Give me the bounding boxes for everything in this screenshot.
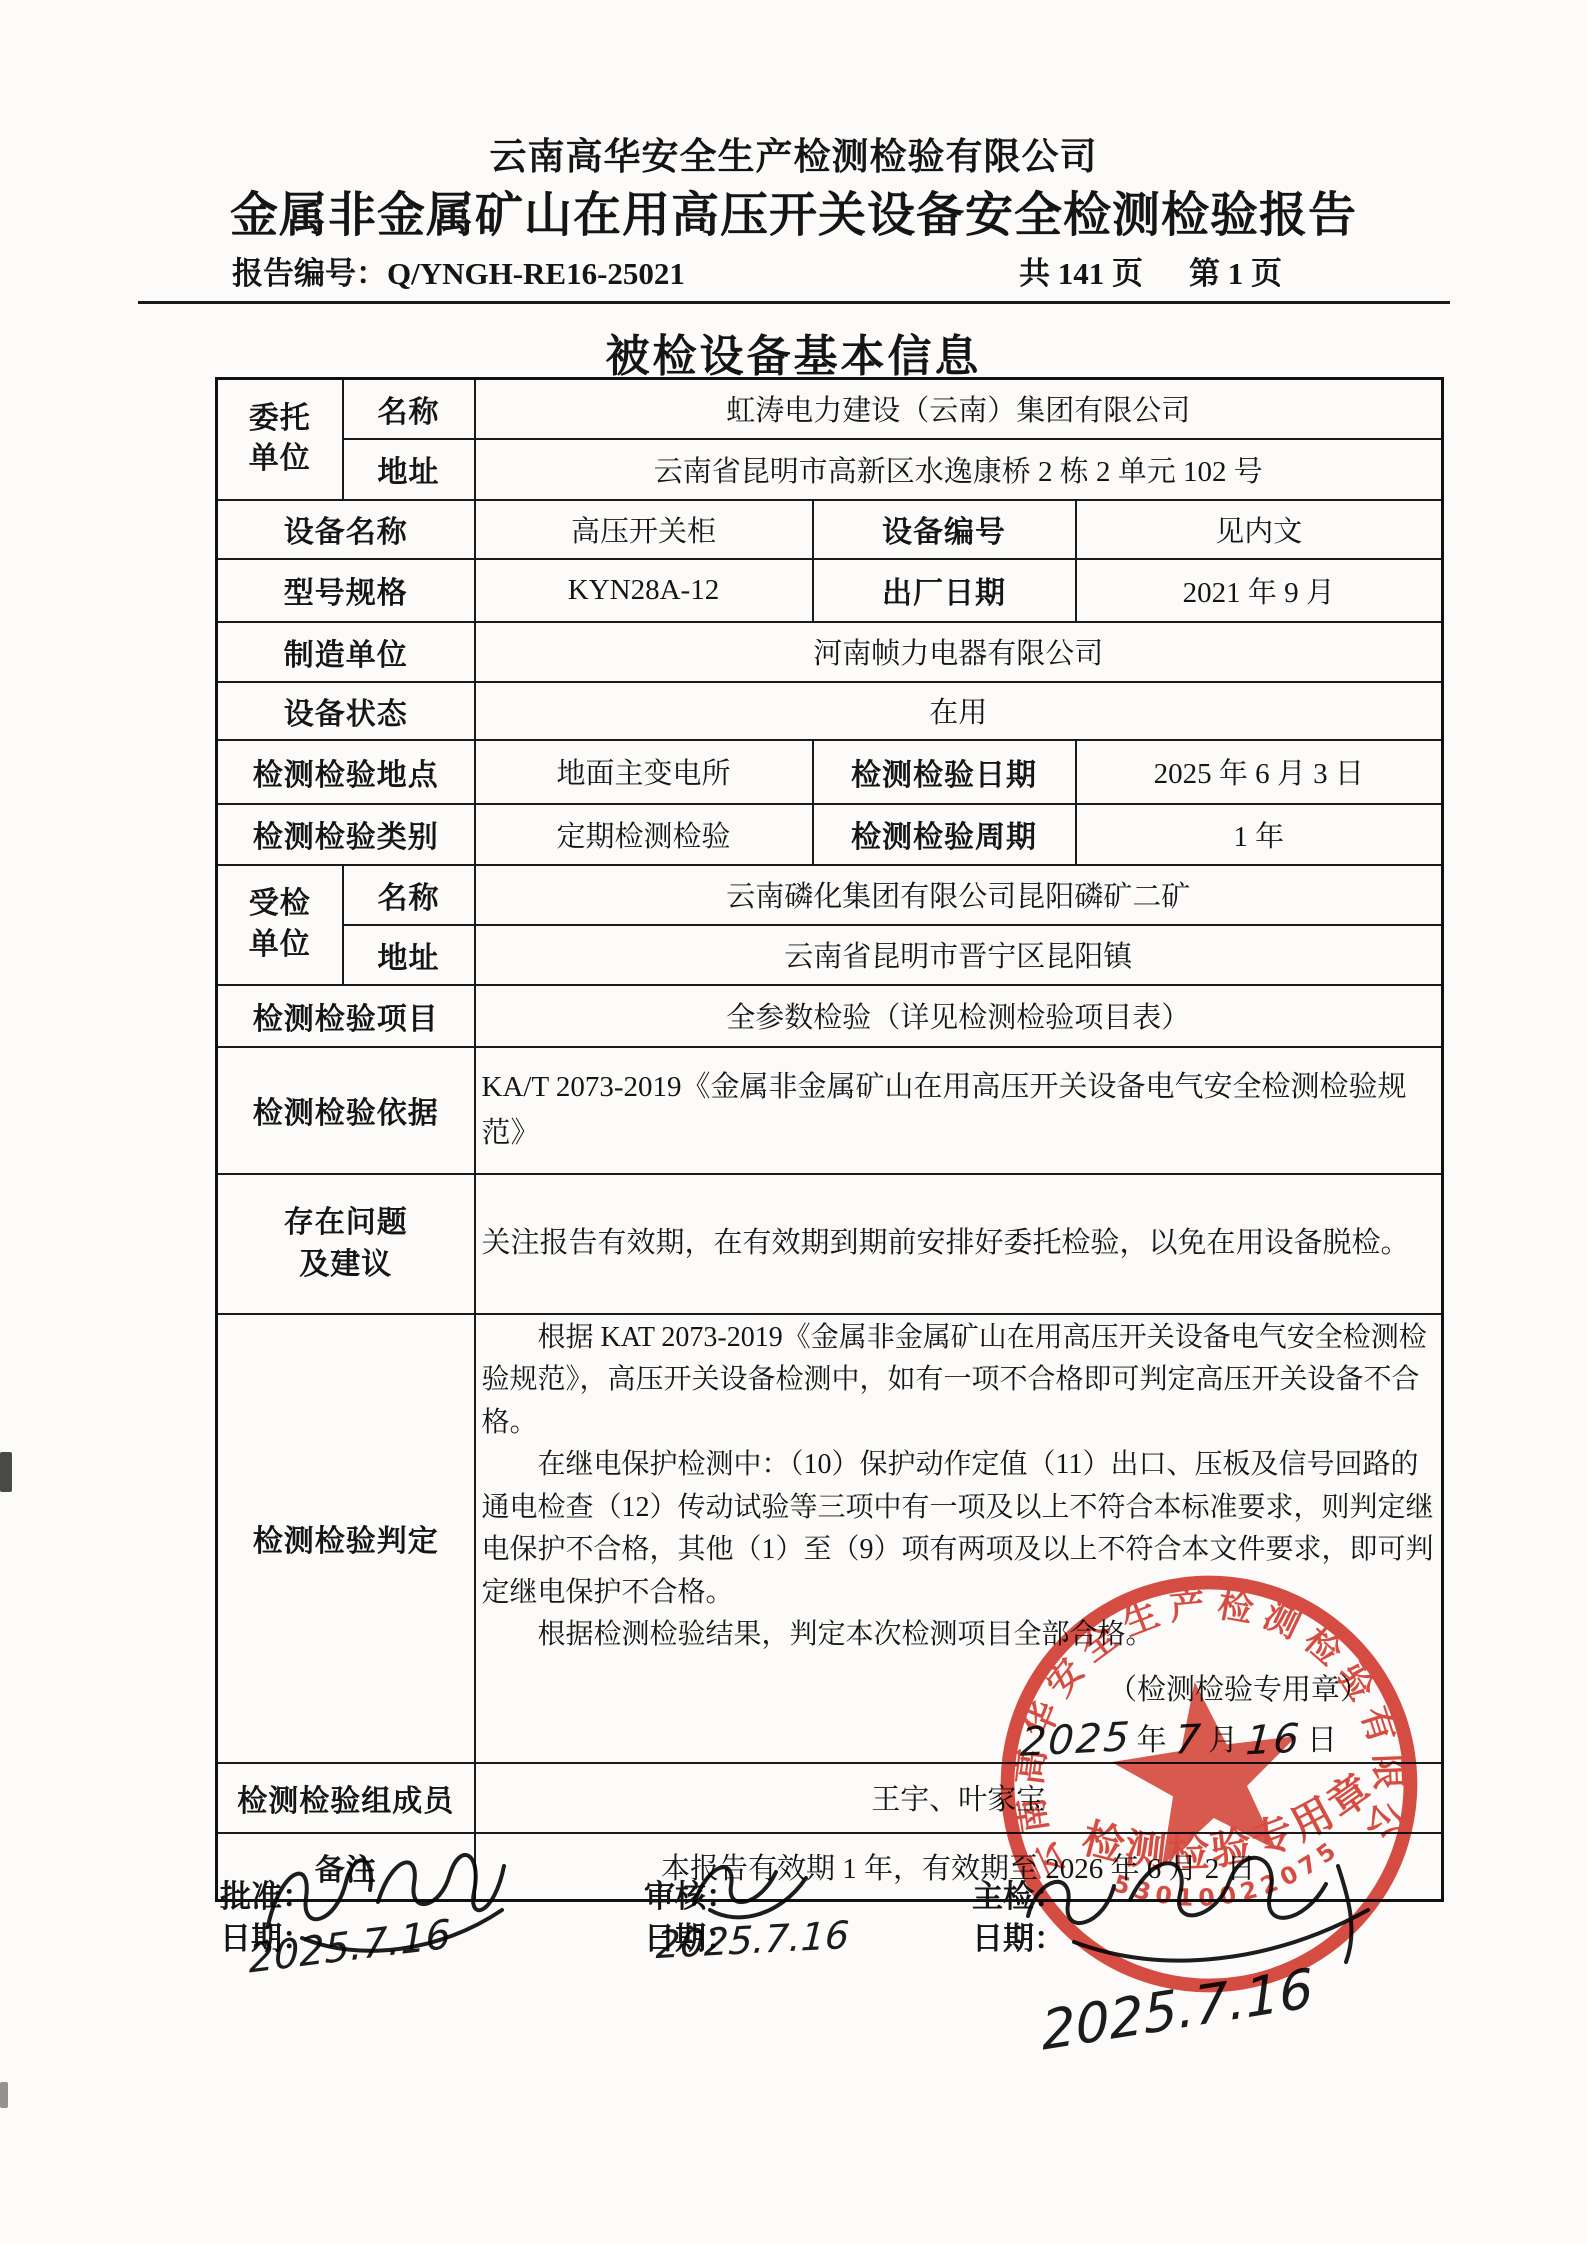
table-row: 受检单位 名称 云南磷化集团有限公司昆阳磷矿二矿 — [217, 865, 1443, 925]
mfg-date-value: 2021 年 9 月 — [1076, 559, 1443, 622]
client-name-value: 虹涛电力建设（云南）集团有限公司 — [475, 379, 1443, 439]
report-number-label: 报告编号： — [232, 256, 387, 291]
table-row: 检测检验依据 KA/T 2073-2019《金属非金属矿山在用高压开关设备电气安… — [217, 1047, 1443, 1174]
section-title: 被检设备基本信息 — [0, 320, 1587, 384]
judge-date-month-hand: 7 — [1173, 1716, 1204, 1763]
judge-date-year-hand: 2025 — [1019, 1714, 1133, 1766]
insp-date-value: 2025 年 6 月 3 日 — [1076, 740, 1443, 804]
client-addr-label: 地址 — [343, 439, 475, 500]
scan-artifact — [0, 2082, 8, 2108]
site-value: 地面主变电所 — [475, 740, 813, 804]
team-label: 检测检验组成员 — [217, 1763, 475, 1833]
review-date-handwriting: 2025.7.16 — [655, 1913, 850, 1967]
issues-label: 存在问题及建议 — [278, 1202, 413, 1286]
total-pages: 共 141 页 — [1019, 248, 1143, 293]
site-label: 检测检验地点 — [217, 740, 475, 804]
basis-value: KA/T 2073-2019《金属非金属矿山在用高压开关设备电气安全检测检验规范… — [475, 1047, 1443, 1174]
scan-artifact — [0, 1452, 12, 1492]
report-number-line: 报告编号：Q/YNGH-RE16-25021 — [232, 248, 685, 293]
table-row: 检测检验判定 根据 KAT 2073-2019《金属非金属矿山在用高压开关设备电… — [217, 1314, 1443, 1763]
table-row: 检测检验类别 定期检测检验 检测检验周期 1 年 — [217, 804, 1443, 865]
cycle-value: 1 年 — [1076, 804, 1443, 865]
judge-paragraph-3: 根据检测检验结果，判定本次检测项目全部合格。 — [482, 1614, 1436, 1657]
report-number-value: Q/YNGH-RE16-25021 — [387, 256, 685, 291]
table-row: 检测检验组成员 王宇、叶家宝 — [217, 1763, 1443, 1833]
table-row: 地址 云南省昆明市高新区水逸康桥 2 栋 2 单元 102 号 — [217, 439, 1443, 500]
device-name-label: 设备名称 — [217, 500, 475, 559]
table-row: 制造单位 河南帧力电器有限公司 — [217, 622, 1443, 682]
org-name: 云南高华安全生产检测检验有限公司 — [0, 126, 1587, 180]
type-value: 定期检测检验 — [475, 804, 813, 865]
current-page: 第 1 页 — [1189, 248, 1282, 293]
inspected-group-cell: 受检单位 — [217, 865, 343, 985]
judge-date-day-label: 日 — [1307, 1724, 1339, 1757]
manufacturer-value: 河南帧力电器有限公司 — [475, 622, 1443, 682]
mfg-date-label: 出厂日期 — [813, 559, 1076, 622]
judge-label: 检测检验判定 — [217, 1314, 475, 1763]
judge-date-line: 2025年7月16日 — [482, 1714, 1340, 1760]
judge-date-day-hand: 16 — [1244, 1715, 1302, 1764]
table-row: 型号规格 KYN28A-12 出厂日期 2021 年 9 月 — [217, 559, 1443, 622]
manufacturer-label: 制造单位 — [217, 622, 475, 682]
type-label: 检测检验类别 — [217, 804, 475, 865]
issues-label-cell: 存在问题及建议 — [217, 1174, 475, 1314]
items-value: 全参数检验（详见检测检验项目表） — [475, 985, 1443, 1047]
table-row: 地址 云南省昆明市晋宁区昆阳镇 — [217, 925, 1443, 985]
header-divider — [138, 301, 1450, 304]
client-group-cell: 委托单位 — [217, 379, 343, 500]
inspected-addr-label: 地址 — [343, 925, 475, 985]
team-value: 王宇、叶家宝 — [475, 1763, 1443, 1833]
device-no-label: 设备编号 — [813, 500, 1076, 559]
status-value: 在用 — [475, 682, 1443, 740]
table-row: 委托单位 名称 虹涛电力建设（云南）集团有限公司 — [217, 379, 1443, 439]
table-row: 存在问题及建议 关注报告有效期，在有效期到期前安排好委托检验，以免在用设备脱检。 — [217, 1174, 1443, 1314]
table-row: 设备名称 高压开关柜 设备编号 见内文 — [217, 500, 1443, 559]
status-label: 设备状态 — [217, 682, 475, 740]
cycle-label: 检测检验周期 — [813, 804, 1076, 865]
judge-cell: 根据 KAT 2073-2019《金属非金属矿山在用高压开关设备电气安全检测检验… — [475, 1314, 1443, 1763]
judge-date-year-label: 年 — [1137, 1724, 1169, 1757]
client-addr-value: 云南省昆明市高新区水逸康桥 2 栋 2 单元 102 号 — [475, 439, 1443, 500]
inspected-name-value: 云南磷化集团有限公司昆阳磷矿二矿 — [475, 865, 1443, 925]
client-name-label: 名称 — [343, 379, 475, 439]
report-title: 金属非金属矿山在用高压开关设备安全检测检验报告 — [0, 176, 1587, 245]
chief-signature — [1012, 1838, 1402, 1993]
model-value: KYN28A-12 — [475, 559, 813, 622]
client-group-label: 委托单位 — [247, 399, 313, 480]
basis-label: 检测检验依据 — [217, 1047, 475, 1174]
judge-date-month-label: 月 — [1208, 1724, 1240, 1757]
inspected-addr-value: 云南省昆明市晋宁区昆阳镇 — [475, 925, 1443, 985]
equipment-info-table: 委托单位 名称 虹涛电力建设（云南）集团有限公司 地址 云南省昆明市高新区水逸康… — [215, 377, 1444, 1902]
insp-date-label: 检测检验日期 — [813, 740, 1076, 804]
scanned-report-page: 云南高华安全生产检测检验有限公司 金属非金属矿山在用高压开关设备安全检测检验报告… — [0, 0, 1587, 2244]
judge-paragraph-2: 在继电保护检测中：（10）保护动作定值（11）出口、压板及信号回路的通电检查（1… — [482, 1444, 1436, 1614]
table-row: 设备状态 在用 — [217, 682, 1443, 740]
model-label: 型号规格 — [217, 559, 475, 622]
table-row: 检测检验项目 全参数检验（详见检测检验项目表） — [217, 985, 1443, 1047]
inspected-name-label: 名称 — [343, 865, 475, 925]
device-name-value: 高压开关柜 — [475, 500, 813, 559]
items-label: 检测检验项目 — [217, 985, 475, 1047]
issues-value: 关注报告有效期，在有效期到期前安排好委托检验，以免在用设备脱检。 — [475, 1174, 1443, 1314]
inspected-group-label: 受检单位 — [247, 884, 313, 965]
device-no-value: 见内文 — [1076, 500, 1443, 559]
seal-note: （检测检验专用章） — [482, 1667, 1370, 1708]
table-row: 检测检验地点 地面主变电所 检测检验日期 2025 年 6 月 3 日 — [217, 740, 1443, 804]
judge-paragraph-1: 根据 KAT 2073-2019《金属非金属矿山在用高压开关设备电气安全检测检验… — [482, 1317, 1436, 1445]
